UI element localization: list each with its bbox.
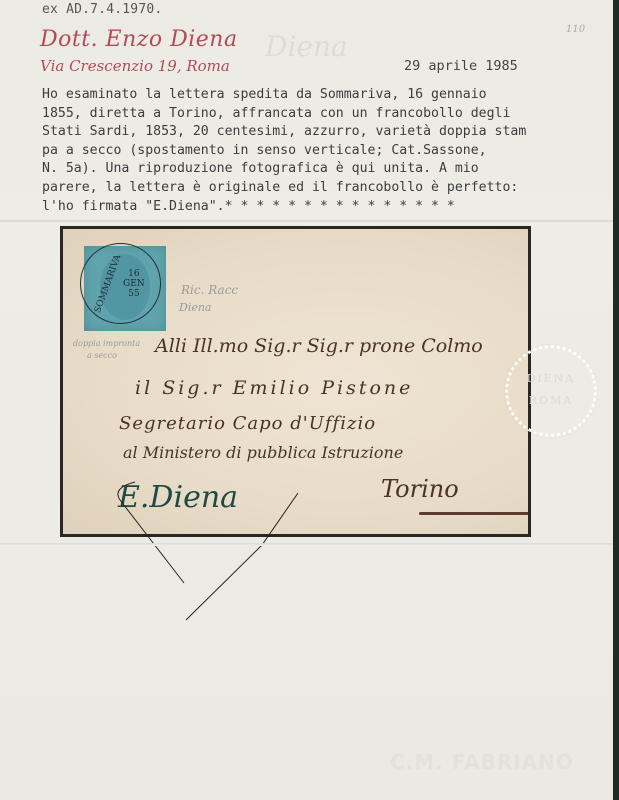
fold-line [0,543,613,546]
paper-watermark: C.M. FABRIANO [390,750,574,774]
certificate-sheet: ex AD.7.4.1970. 110 Diena Dott. Enzo Die… [0,0,613,800]
scan-edge [613,0,619,800]
signature-flourish [0,0,613,800]
